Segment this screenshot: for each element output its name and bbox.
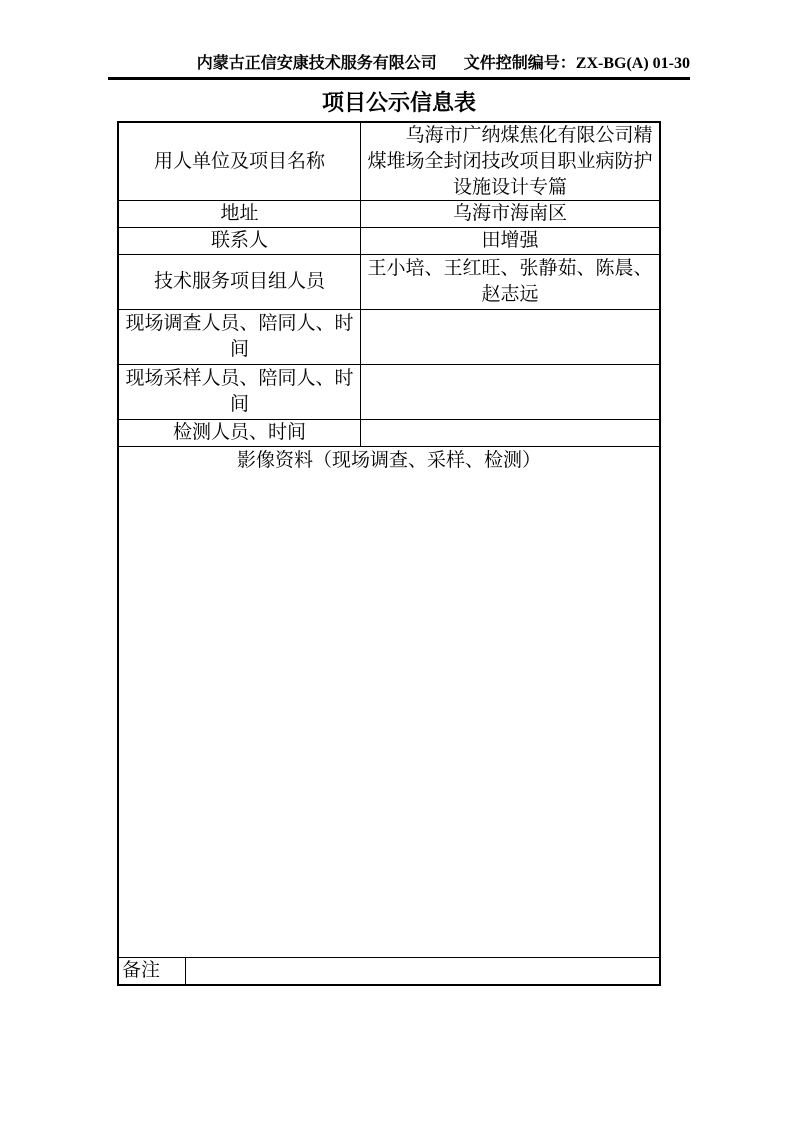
row-value: 乌海市广纳煤焦化有限公司精煤堆场全封闭技改项目职业病防护设施设计专篇	[360, 123, 659, 200]
row-value-text: 乌海市广纳煤焦化有限公司精煤堆场全封闭技改项目职业病防护设施设计专篇	[364, 123, 656, 200]
table-row-inspection: 检测人员、时间	[119, 419, 659, 446]
row-value: 田增强	[360, 228, 659, 254]
page-title: 项目公示信息表	[108, 89, 690, 117]
row-label-text: 技术服务项目组人员	[154, 269, 325, 295]
table-row-site-sampling: 现场采样人员、陪同人、时间	[119, 364, 659, 419]
row-label-text: 现场调查人员、陪同人、时间	[122, 311, 357, 363]
doc-control-number: 文件控制编号：ZX-BG(A) 01-30	[464, 55, 690, 72]
row-label: 用人单位及项目名称	[119, 123, 360, 200]
row-label-text: 地址	[220, 201, 258, 227]
remarks-label-text: 备注	[122, 958, 160, 984]
table-row-remarks: 备注	[119, 957, 659, 984]
document-header: 内蒙古正信安康技术服务有限公司文件控制编号：ZX-BG(A) 01-30	[108, 53, 690, 75]
row-value-text: 王小培、王红旺、张静茹、陈晨、赵志远	[364, 256, 656, 308]
table-row-address: 地址 乌海市海南区	[119, 200, 659, 227]
row-label-text: 联系人	[211, 228, 268, 254]
row-label: 地址	[119, 201, 360, 227]
row-label: 技术服务项目组人员	[119, 255, 360, 309]
row-value-text: 乌海市海南区	[364, 201, 656, 227]
header-divider-line	[108, 77, 690, 80]
row-label: 联系人	[119, 228, 360, 254]
media-section-title: 影像资料（现场调查、采样、检测）	[237, 448, 541, 474]
row-value	[360, 420, 659, 446]
remarks-value	[185, 958, 659, 984]
project-info-table: 用人单位及项目名称 乌海市广纳煤焦化有限公司精煤堆场全封闭技改项目职业病防护设施…	[117, 121, 661, 986]
table-row-employer-project: 用人单位及项目名称 乌海市广纳煤焦化有限公司精煤堆场全封闭技改项目职业病防护设施…	[119, 123, 659, 200]
row-label: 现场调查人员、陪同人、时间	[119, 310, 360, 364]
row-label-text: 检测人员、时间	[173, 420, 306, 446]
table-row-media-materials: 影像资料（现场调查、采样、检测）	[119, 446, 659, 957]
row-label-text: 用人单位及项目名称	[154, 149, 325, 175]
media-section-cell: 影像资料（现场调查、采样、检测）	[119, 447, 659, 957]
table-row-contact: 联系人 田增强	[119, 227, 659, 254]
row-label: 检测人员、时间	[119, 420, 360, 446]
table-row-service-team: 技术服务项目组人员 王小培、王红旺、张静茹、陈晨、赵志远	[119, 254, 659, 309]
row-value-text: 田增强	[364, 228, 656, 254]
row-value	[360, 365, 659, 419]
company-name: 内蒙古正信安康技术服务有限公司	[197, 55, 437, 72]
row-value: 王小培、王红旺、张静茹、陈晨、赵志远	[360, 255, 659, 309]
row-value	[360, 310, 659, 364]
document-page: 内蒙古正信安康技术服务有限公司文件控制编号：ZX-BG(A) 01-30 项目公…	[0, 0, 800, 1131]
row-value: 乌海市海南区	[360, 201, 659, 227]
row-label: 现场采样人员、陪同人、时间	[119, 365, 360, 419]
remarks-label: 备注	[119, 958, 185, 984]
table-row-site-survey: 现场调查人员、陪同人、时间	[119, 309, 659, 364]
row-label-text: 现场采样人员、陪同人、时间	[122, 366, 357, 418]
